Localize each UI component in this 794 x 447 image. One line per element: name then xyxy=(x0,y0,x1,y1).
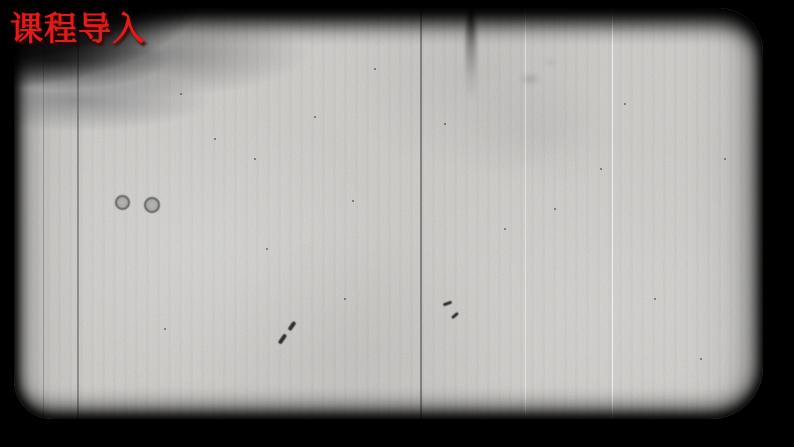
ring-blob xyxy=(144,197,160,213)
dash-mark xyxy=(278,333,288,344)
scratch-line xyxy=(420,8,422,419)
speck xyxy=(352,200,354,202)
scratch-line xyxy=(525,8,526,419)
speck xyxy=(214,138,216,140)
dash-mark xyxy=(443,301,452,307)
speck xyxy=(600,168,602,170)
film-artifacts xyxy=(14,8,763,419)
section-label: 课程导入 xyxy=(10,3,146,50)
speck xyxy=(504,228,506,230)
speck xyxy=(180,93,182,95)
drip xyxy=(466,8,476,103)
speck xyxy=(724,158,726,160)
speck xyxy=(344,298,346,300)
dash-mark xyxy=(287,321,296,331)
dash-mark xyxy=(451,312,459,319)
slide: 课程导入 xyxy=(0,0,794,447)
speck xyxy=(554,208,556,210)
speck xyxy=(266,248,268,250)
speck xyxy=(654,298,656,300)
smudge xyxy=(543,58,558,67)
speck xyxy=(700,358,702,360)
scratch-line xyxy=(77,8,79,419)
smudge xyxy=(518,72,542,86)
scratch-line xyxy=(43,8,44,419)
scratch-line xyxy=(612,8,613,419)
speck xyxy=(444,123,446,125)
speck xyxy=(374,68,376,70)
speck xyxy=(624,103,626,105)
speck xyxy=(314,116,316,118)
ring-blob xyxy=(115,195,130,210)
speck xyxy=(164,328,166,330)
speck xyxy=(254,158,256,160)
film-frame xyxy=(14,8,763,419)
